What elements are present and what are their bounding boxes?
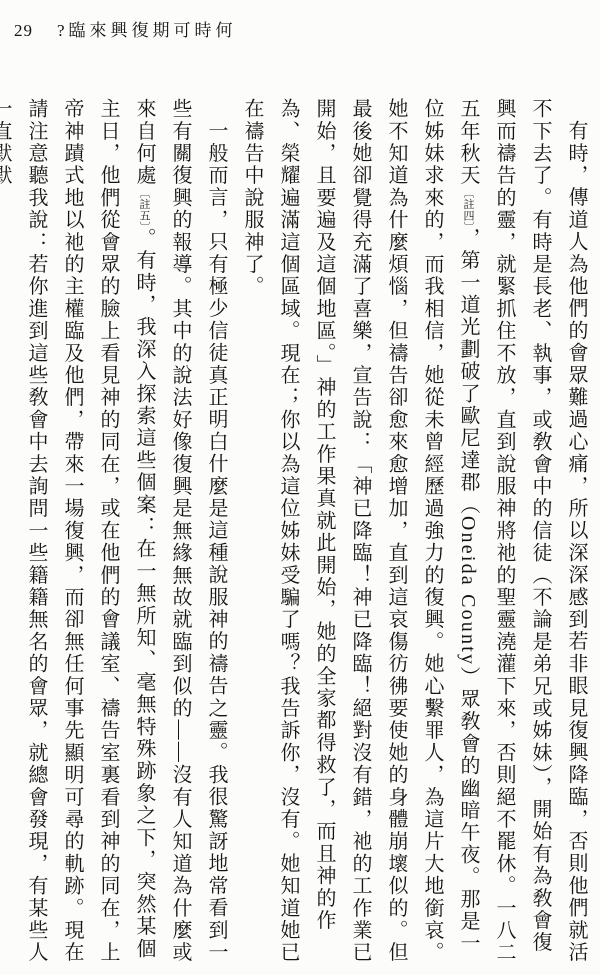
text-segment: 。有時，我深入探索這些個案：在一無所知、毫無特殊跡象之下，突然某個主日，他們從會…	[0, 98, 155, 964]
page-number: 29	[14, 21, 33, 41]
inline-note: 〔註四〕	[462, 187, 474, 228]
text-body: 有時，傳道人為他們的會眾難過心痛，所以深深感到若非眼見復興降臨，否則他們就活不下…	[6, 98, 594, 970]
book-page: 29?臨來興復期可時何 有時，傳道人為他們的會眾難過心痛，所以深深感到若非眼見復…	[0, 0, 600, 975]
page-header: 29?臨來興復期可時何	[14, 16, 237, 41]
text-segment: ，第一道光劃破了歐尼達郡（Oneida County）眾敎會的幽暗午夜。那是一位…	[241, 98, 479, 964]
paragraph: 一般而言，只有極少信徒真正明白什麼是這種說服神的禱告之靈。我很驚訝地常看到一些有…	[0, 98, 234, 970]
inline-note: 〔註五〕	[138, 187, 150, 228]
running-head: ?臨來興復期可時何	[57, 21, 237, 40]
paragraph: 有時，傳道人為他們的會眾難過心痛，所以深深感到若非眼見復興降臨，否則他們就活不下…	[234, 98, 594, 970]
